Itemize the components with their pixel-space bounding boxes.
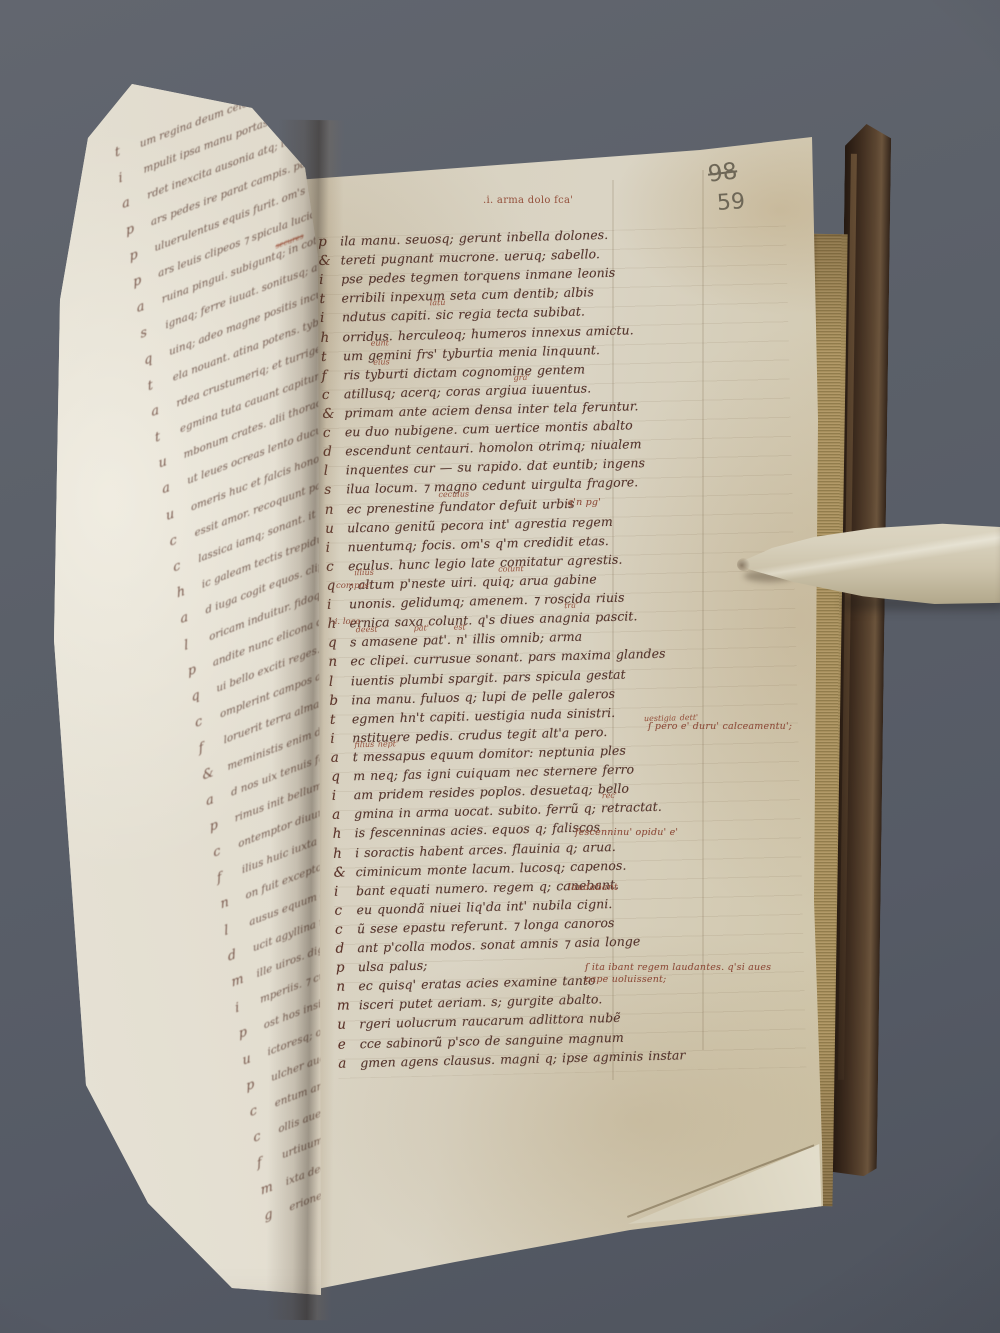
verse-text: ris tyburti dictam cognomine gentemeius	[343, 361, 585, 382]
right-page-text-block: pila manu. seuosq; gerunt inbella dolone…	[318, 226, 686, 1075]
margin-note: q'n pg'	[567, 497, 601, 509]
interlinear-gloss: eunt	[371, 338, 389, 347]
margin-note: fescenninu' opidu' e'	[575, 827, 678, 839]
verse-text: t messapus equum domitor: neptunia plesf…	[353, 743, 626, 765]
interlinear-gloss: ceculus	[438, 489, 469, 499]
manuscript-photo: 98 59 .i. arma dolo fca' pila manu. seuo…	[0, 0, 1000, 1333]
margin-note: laudabant	[568, 882, 618, 894]
interlinear-gloss: gra'	[513, 373, 529, 382]
interlinear-gloss: rec'	[602, 791, 617, 800]
verse-text: ulsa palus;	[358, 958, 428, 975]
bone-folder-tip-shadow	[737, 558, 751, 571]
verse-initial: p	[336, 959, 358, 976]
interlinear-gloss: eius	[373, 357, 390, 366]
ruling-vertical-line	[702, 170, 704, 1050]
verse-initial: d	[335, 940, 357, 957]
verse-initial: e	[338, 1036, 360, 1053]
page-corner-fold	[615, 1130, 830, 1238]
interlinear-gloss: illius	[354, 568, 374, 577]
gutter-shadow	[266, 120, 345, 1321]
interlinear-gloss: est	[454, 623, 466, 632]
verse-initial: a	[338, 1055, 360, 1072]
verse-initial: t	[114, 136, 141, 160]
verse-initial: c	[335, 921, 357, 938]
margin-note: ſ pero e' duru' calceamentu';	[648, 721, 792, 733]
foliation-number-crossed-out: 98	[707, 158, 739, 187]
verse-initial: c	[334, 902, 356, 919]
verse-initial: i	[334, 883, 356, 900]
margin-note: ſ ita ibant regem laudantes. q'si auesca…	[585, 962, 771, 986]
verse-initial: &	[333, 864, 355, 881]
foliation-number: 59	[716, 189, 746, 216]
interlinear-gloss: pat'	[414, 624, 430, 633]
verse-text: ila manu. seuosq; gerunt inbella dolones…	[340, 227, 608, 249]
margin-gloss: compos'	[336, 581, 371, 591]
header-gloss: .i. arma dolo fca'	[483, 195, 573, 206]
verse-initial: u	[337, 1017, 359, 1034]
verse-initial: n	[336, 979, 358, 996]
interlinear-gloss: latũ	[430, 298, 446, 307]
interlinear-gloss: filius nept'	[354, 739, 398, 749]
interlinear-gloss: tra'	[564, 601, 578, 610]
verse-initial: m	[337, 998, 359, 1015]
interlinear-gloss: colunt	[498, 564, 524, 574]
